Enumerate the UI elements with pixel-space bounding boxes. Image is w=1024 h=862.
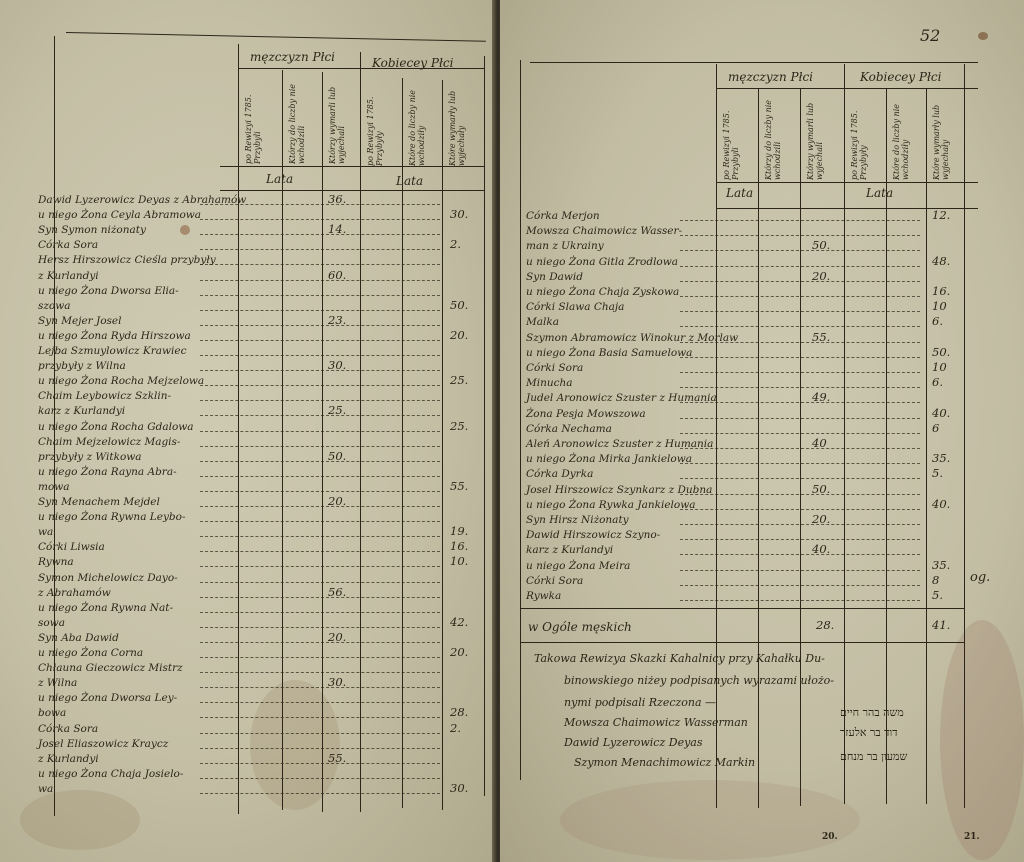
female-column-header: Które wymarły lub wyjechały xyxy=(448,80,466,166)
entry-name: karz z Kurlandyi xyxy=(38,405,125,417)
entry-name: Minucha xyxy=(526,377,573,389)
entry-name: Syn Dawid xyxy=(526,271,583,283)
page-number: 52 xyxy=(920,26,940,45)
female-age: 35. xyxy=(932,451,950,465)
male-age: 30. xyxy=(328,675,346,689)
male-age: 50. xyxy=(812,238,830,252)
entry-name: bowa xyxy=(38,707,66,719)
row-dash-rule xyxy=(680,342,920,343)
female-age: 20. xyxy=(450,645,468,659)
female-age: 5. xyxy=(932,466,943,480)
entry-name: szowa xyxy=(38,300,71,312)
hebrew-signature: דוד בר אלעזר xyxy=(840,726,898,739)
female-age: 35. xyxy=(932,558,950,572)
entry-name: Córki Liwsia xyxy=(38,541,105,553)
row-dash-rule xyxy=(680,311,920,312)
row-dash-rule xyxy=(200,400,440,401)
row-dash-rule xyxy=(200,415,440,416)
row-dash-rule xyxy=(200,431,440,432)
male-column-header: po Rewizyi 1785. Przybyli xyxy=(722,92,740,180)
female-age: 20. xyxy=(450,328,468,342)
entry-name: wa xyxy=(38,526,53,538)
row-dash-rule xyxy=(680,585,920,586)
years-label: Lata xyxy=(396,174,423,188)
row-dash-rule xyxy=(200,687,440,688)
row-dash-rule xyxy=(680,387,920,388)
column-rule xyxy=(926,88,927,804)
entry-name: Córka Nechama xyxy=(526,423,612,435)
row-dash-rule xyxy=(200,234,440,235)
female-age: 50. xyxy=(932,345,950,359)
row-dash-rule xyxy=(680,250,920,251)
row-dash-rule xyxy=(680,494,920,495)
female-age: 10 xyxy=(932,360,947,374)
table-left-rule xyxy=(520,60,521,780)
row-dash-rule xyxy=(200,491,440,492)
header-rule xyxy=(716,182,978,183)
female-age: 50. xyxy=(450,298,468,312)
female-age: 25. xyxy=(450,373,468,387)
header-rule xyxy=(220,166,484,167)
female-age: 30. xyxy=(450,781,468,795)
row-dash-rule xyxy=(200,582,440,583)
row-dash-rule xyxy=(680,554,920,555)
years-label: Lata xyxy=(866,186,893,200)
entry-name: u niego Żona Dworsa Ley- xyxy=(38,692,177,704)
entry-name: Josel Eliaszowicz Kraycz xyxy=(38,738,168,750)
entry-name: u niego Żona Gitla Zrodlowa xyxy=(526,256,678,268)
margin-note: og. xyxy=(970,570,990,585)
row-dash-rule xyxy=(200,506,440,507)
row-dash-rule xyxy=(680,600,920,601)
entry-name: u niego Żona Dworsa Elia- xyxy=(38,285,179,297)
entry-name: Syn Symon niżonaty xyxy=(38,224,146,236)
entry-name: u niego Żona Mirka Jankielowa xyxy=(526,453,692,465)
row-dash-rule xyxy=(200,476,440,477)
female-column-header: po Rewizyi 1785. Przybyły xyxy=(850,92,868,180)
male-age: 36. xyxy=(328,192,346,206)
entry-name: Rywna xyxy=(38,556,74,568)
entry-name: Rywka xyxy=(526,590,561,602)
female-age: 25. xyxy=(450,419,468,433)
header-rule xyxy=(716,88,978,89)
entry-name: mowa xyxy=(38,481,70,493)
footer-number: 21. xyxy=(964,832,980,842)
header-rule xyxy=(220,190,484,191)
paper-stain xyxy=(940,620,1024,860)
row-dash-rule xyxy=(200,340,440,341)
row-dash-rule xyxy=(200,566,440,567)
row-dash-rule xyxy=(200,733,440,734)
entry-name: z Abrahamów xyxy=(38,587,111,599)
row-dash-rule xyxy=(680,326,920,327)
total-male: 28. xyxy=(816,618,834,632)
entry-name: u niego Żona Chaja Zyskowa xyxy=(526,286,679,298)
paper-stain xyxy=(560,780,860,860)
row-dash-rule xyxy=(200,551,440,552)
row-dash-rule xyxy=(680,448,920,449)
male-age: 20. xyxy=(328,630,346,644)
row-dash-rule xyxy=(200,280,440,281)
female-age: 2. xyxy=(450,721,461,735)
column-rule xyxy=(322,72,323,812)
row-dash-rule xyxy=(200,310,440,311)
female-column-header: Które wymarły lub wyjechały xyxy=(932,92,950,180)
row-dash-rule xyxy=(200,657,440,658)
female-age: 2. xyxy=(450,237,461,251)
row-dash-rule xyxy=(680,463,920,464)
male-column-header: po Rewizyi 1785. Przybyli xyxy=(244,74,262,164)
entry-name: Córka Sora xyxy=(38,239,98,251)
entry-name: u niego Żona Basia Samuelowa xyxy=(526,347,692,359)
column-rule xyxy=(964,64,965,808)
entry-name: u niego Żona Rocha Mejzelowa xyxy=(38,375,204,387)
paper-stain xyxy=(20,790,140,850)
male-age: 60. xyxy=(328,268,346,282)
row-dash-rule xyxy=(200,204,440,205)
female-age: 55. xyxy=(450,479,468,493)
ink-spot xyxy=(180,225,190,235)
entry-name: Syn Aba Dawid xyxy=(38,632,119,644)
column-rule xyxy=(716,64,717,808)
row-dash-rule xyxy=(680,235,920,236)
entry-name: u niego Żona Rywka Jankielowa xyxy=(526,499,696,511)
male-age: 20. xyxy=(812,512,830,526)
entry-name: z Wilna xyxy=(38,677,77,689)
row-dash-rule xyxy=(680,266,920,267)
row-dash-rule xyxy=(200,627,440,628)
entry-name: Córka Merjon xyxy=(526,210,600,222)
left-page: męzczyzn Płci Kobiecey Płci po Rewizyi 1… xyxy=(0,0,496,862)
right-page: 52 męzczyzn Płci Kobiecey Płci po Rewizy… xyxy=(500,0,1024,862)
entry-name: u niego Żona Rywna Nat- xyxy=(38,602,173,614)
table-top-rule xyxy=(530,62,978,63)
row-dash-rule xyxy=(680,570,920,571)
signature-line: Szymon Menachimowicz Markin xyxy=(574,756,755,769)
entry-name: Córki Slawa Chaja xyxy=(526,301,624,313)
entry-name: Syn Mejer Josel xyxy=(38,315,122,327)
female-group-header: Kobiecey Płci xyxy=(372,56,453,70)
row-dash-rule xyxy=(200,521,440,522)
row-dash-rule xyxy=(200,778,440,779)
male-group-header: męzczyzn Płci xyxy=(250,50,335,64)
male-age: 20. xyxy=(328,494,346,508)
row-dash-rule xyxy=(680,509,920,510)
female-group-header: Kobiecey Płci xyxy=(860,70,941,84)
column-rule xyxy=(484,56,485,796)
entry-name: Symon Michelowicz Dayo- xyxy=(38,572,178,584)
female-age: 19. xyxy=(450,524,468,538)
entry-name: Chaim Leybowicz Szklin- xyxy=(38,390,171,402)
entry-name: Córki Sora xyxy=(526,362,583,374)
row-dash-rule xyxy=(680,372,920,373)
row-dash-rule xyxy=(680,524,920,525)
entry-name: wa xyxy=(38,783,53,795)
female-age: 12. xyxy=(932,208,950,222)
row-dash-rule xyxy=(200,612,440,613)
row-dash-rule xyxy=(680,402,920,403)
male-age: 49. xyxy=(812,390,830,404)
row-dash-rule xyxy=(200,793,440,794)
male-group-header: męzczyzn Płci xyxy=(728,70,813,84)
footer-number: 20. xyxy=(822,832,838,842)
row-dash-rule xyxy=(200,748,440,749)
row-dash-rule xyxy=(200,642,440,643)
entry-name: Malka xyxy=(526,316,559,328)
row-dash-rule xyxy=(680,539,920,540)
female-column-header: Które do liczby nie wchodziły xyxy=(892,92,910,180)
female-age: 10. xyxy=(450,554,468,568)
entry-name: Dawid Hirszowicz Szyno- xyxy=(526,529,660,541)
male-age: 40. xyxy=(812,542,830,556)
entry-name: Chaim Mejzelowicz Magis- xyxy=(38,436,180,448)
entry-name: przybyły z Wilna xyxy=(38,360,126,372)
row-dash-rule xyxy=(200,446,440,447)
male-age: 14. xyxy=(328,222,346,236)
entry-name: u niego Żona Chaja Josielo- xyxy=(38,768,183,780)
years-label: Lata xyxy=(726,186,753,200)
closing-line: Takowa Rewizya Skazki Kahalnicy przy Kah… xyxy=(534,652,825,665)
row-dash-rule xyxy=(200,717,440,718)
row-dash-rule xyxy=(200,536,440,537)
entry-name: u niego Żona Corna xyxy=(38,647,143,659)
total-rule xyxy=(520,608,964,609)
male-age: 50. xyxy=(328,449,346,463)
signature-line: Dawid Lyzerowicz Deyas xyxy=(564,736,703,749)
entry-name: u niego Żona Ryda Hirszowa xyxy=(38,330,191,342)
column-rule xyxy=(238,44,239,814)
female-age: 6 xyxy=(932,421,939,435)
female-age: 10 xyxy=(932,299,947,313)
row-dash-rule xyxy=(680,220,920,221)
male-age: 23. xyxy=(328,313,346,327)
female-age: 30. xyxy=(450,207,468,221)
female-age: 28. xyxy=(450,705,468,719)
ink-spot xyxy=(978,32,988,40)
female-column-header: Które do liczby nie wchodziły xyxy=(408,80,426,166)
female-age: 5. xyxy=(932,588,943,602)
entry-name: u niego Żona Ceyla Abramowa xyxy=(38,209,201,221)
row-dash-rule xyxy=(680,281,920,282)
entry-name: Chłauna Gieczowicz Mistrz xyxy=(38,662,183,674)
column-rule xyxy=(844,64,845,804)
total-female: 41. xyxy=(932,618,950,632)
entry-name: Hersz Hirszowicz Cieśla przybyły xyxy=(38,254,216,266)
female-age: 16. xyxy=(932,284,950,298)
entry-name: Córka Sora xyxy=(38,723,98,735)
male-age: 55. xyxy=(812,330,830,344)
row-dash-rule xyxy=(200,597,440,598)
female-column-header: po Rewizyi 1785. Przybyły xyxy=(366,78,384,166)
hebrew-signature: משה בהר חיים xyxy=(840,706,904,719)
row-dash-rule xyxy=(680,357,920,358)
entry-name: przybyły z Witkowa xyxy=(38,451,142,463)
row-dash-rule xyxy=(200,295,440,296)
column-rule xyxy=(800,88,801,806)
row-dash-rule xyxy=(200,702,440,703)
entry-name: man z Ukrainy xyxy=(526,240,604,252)
female-age: 42. xyxy=(450,615,468,629)
row-dash-rule xyxy=(200,763,440,764)
male-column-header: Którzy wymarli lub wyjechali xyxy=(806,92,824,180)
female-age: 6. xyxy=(932,314,943,328)
male-age: 56. xyxy=(328,585,346,599)
row-dash-rule xyxy=(680,296,920,297)
row-dash-rule xyxy=(200,370,440,371)
signature-line: Mowsza Chaimowicz Wasserman xyxy=(564,716,748,729)
male-column-header: Którzy do liczby nie wchodzili xyxy=(764,92,782,180)
entry-name: z Kurlandyi xyxy=(38,753,99,765)
entry-name: Mowsza Chaimowicz Wasser- xyxy=(526,225,682,237)
female-age: 6. xyxy=(932,375,943,389)
male-age: 25. xyxy=(328,403,346,417)
male-age: 50. xyxy=(812,482,830,496)
male-age: 40 xyxy=(812,436,827,450)
entry-name: u niego Żona Rywna Leybo- xyxy=(38,511,186,523)
entry-name: Córki Sora xyxy=(526,575,583,587)
row-dash-rule xyxy=(200,325,440,326)
paper-stain xyxy=(250,680,340,810)
male-column-header: Którzy wymarli lub wyjechali xyxy=(328,74,346,164)
table-top-rule xyxy=(66,32,486,42)
entry-name: z Kurlandyi xyxy=(38,270,99,282)
closing-line: binowskiego niżey podpisanych wyrazami u… xyxy=(564,674,834,687)
row-dash-rule xyxy=(200,461,440,462)
row-dash-rule xyxy=(200,672,440,673)
years-label: Lata xyxy=(266,172,293,186)
total-rule xyxy=(520,642,964,643)
female-age: 48. xyxy=(932,254,950,268)
total-label: w Ogóle męskich xyxy=(528,620,632,634)
male-age: 55. xyxy=(328,751,346,765)
male-column-header: Którzy do liczby nie wchodzili xyxy=(288,74,306,164)
row-dash-rule xyxy=(200,355,440,356)
entry-name: karz z Kurlandyi xyxy=(526,544,613,556)
entry-name: Syn Hirsz Niżonaty xyxy=(526,514,629,526)
entry-name: Córka Dyrka xyxy=(526,468,593,480)
row-dash-rule xyxy=(200,264,440,265)
closing-line: nymi podpisali Rzeczona — xyxy=(564,696,716,709)
row-dash-rule xyxy=(680,478,920,479)
row-dash-rule xyxy=(200,219,440,220)
row-dash-rule xyxy=(680,433,920,434)
entry-name: sowa xyxy=(38,617,65,629)
entry-name: Lejba Szmuylowicz Krawiec xyxy=(38,345,186,357)
entry-name: u niego Żona Meira xyxy=(526,560,630,572)
entry-name: u niego Żona Rayna Abra- xyxy=(38,466,177,478)
row-dash-rule xyxy=(200,385,440,386)
female-age: 16. xyxy=(450,539,468,553)
entry-name: Syn Menachem Mejdel xyxy=(38,496,160,508)
hebrew-signature: שמעון בר מנחם xyxy=(840,750,907,763)
row-dash-rule xyxy=(200,249,440,250)
female-age: 8 xyxy=(932,573,939,587)
row-dash-rule xyxy=(680,418,920,419)
male-age: 30. xyxy=(328,358,346,372)
entry-name: u niego Żona Rocha Gdalowa xyxy=(38,421,194,433)
female-age: 40. xyxy=(932,406,950,420)
entry-name: Żona Pesja Mowszowa xyxy=(526,408,646,420)
male-age: 20. xyxy=(812,269,830,283)
female-age: 40. xyxy=(932,497,950,511)
